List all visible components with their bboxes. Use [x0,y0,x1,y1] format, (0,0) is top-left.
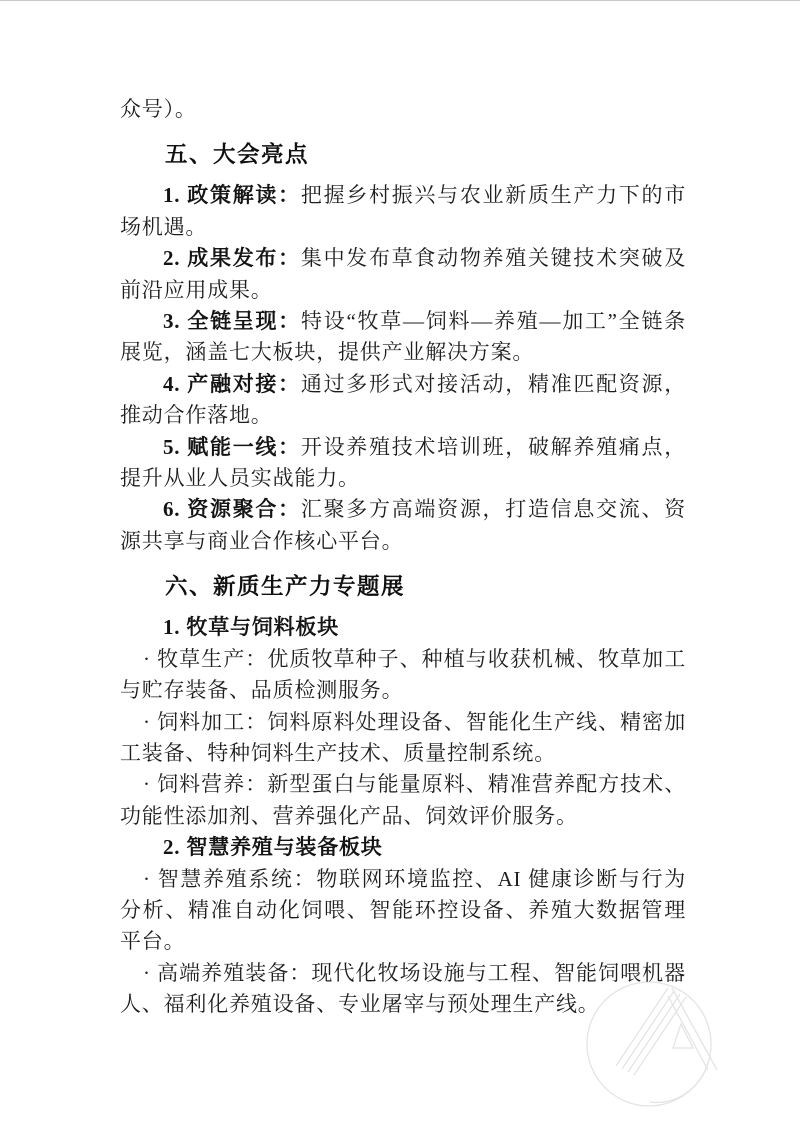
bullet-label: · 智慧养殖系统： [143,867,316,891]
bullet-item-highend-equipment: · 高端养殖装备：现代化牧场设施与工程、智能饲喂机器人、福利化养殖设备、专业屠宰… [120,958,686,1021]
subsection-heading-2: 2. 智慧养殖与装备板块 [120,832,686,863]
bullet-label: · 牧草生产： [143,647,267,671]
highlight-item-4: 4. 产融对接：通过多形式对接活动，精准匹配资源，推动合作落地。 [120,369,686,432]
highlight-item-2: 2. 成果发布：集中发布草食动物养殖关键技术突破及前沿应用成果。 [120,243,686,306]
page-top-border [0,0,800,1]
bullet-label: · 高端养殖装备： [143,961,311,985]
section-heading-5: 五、大会亮点 [120,137,686,173]
paragraph-continuation: 众号）。 [120,94,686,125]
highlight-item-5: 5. 赋能一线：开设养殖技术培训班，破解养殖痛点，提升从业人员实战能力。 [120,432,686,495]
item-label: 3. 全链呈现： [163,309,301,333]
paragraph-text: 众号）。 [120,97,197,121]
document-page: 众号）。 五、大会亮点 1. 政策解读：把握乡村振兴与农业新质生产力下的市场机遇… [0,0,800,1131]
item-label: 6. 资源聚合： [163,497,301,521]
bullet-item-feed-processing: · 饲料加工：饲料原料处理设备、智能化生产线、精密加工装备、特种饲料生产技术、质… [120,707,686,770]
bullet-label: · 饲料加工： [143,710,267,734]
item-label: 4. 产融对接： [163,372,301,396]
highlight-item-3: 3. 全链呈现：特设“牧草—饲料—养殖—加工”全链条展览，涵盖七大板块，提供产业… [120,306,686,369]
section-heading-6: 六、新质生产力专题展 [120,569,686,605]
highlight-item-1: 1. 政策解读：把握乡村振兴与农业新质生产力下的市场机遇。 [120,180,686,243]
bullet-item-smart-farming-systems: · 智慧养殖系统：物联网环境监控、AI 健康诊断与行为分析、精准自动化饲喂、智能… [120,864,686,958]
bullet-item-feed-nutrition: · 饲料营养：新型蛋白与能量原料、精准营养配方技术、功能性添加剂、营养强化产品、… [120,769,686,832]
watermark-inner-curl [650,1056,710,1103]
highlight-item-6: 6. 资源聚合：汇聚多方高端资源，打造信息交流、资源共享与商业合作核心平台。 [120,494,686,557]
item-label: 2. 成果发布： [163,246,301,270]
bullet-label: · 饲料营养： [143,772,267,796]
bullet-item-pasture-production: · 牧草生产：优质牧草种子、种植与收获机械、牧草加工与贮存装备、品质检测服务。 [120,644,686,707]
watermark-a-counter [673,1024,693,1048]
item-label: 1. 政策解读： [163,183,301,207]
item-label: 5. 赋能一线： [163,435,301,459]
subsection-heading-1: 1. 牧草与饲料板块 [120,612,686,643]
document-body: 众号）。 五、大会亮点 1. 政策解读：把握乡村振兴与农业新质生产力下的市场机遇… [120,94,686,1021]
